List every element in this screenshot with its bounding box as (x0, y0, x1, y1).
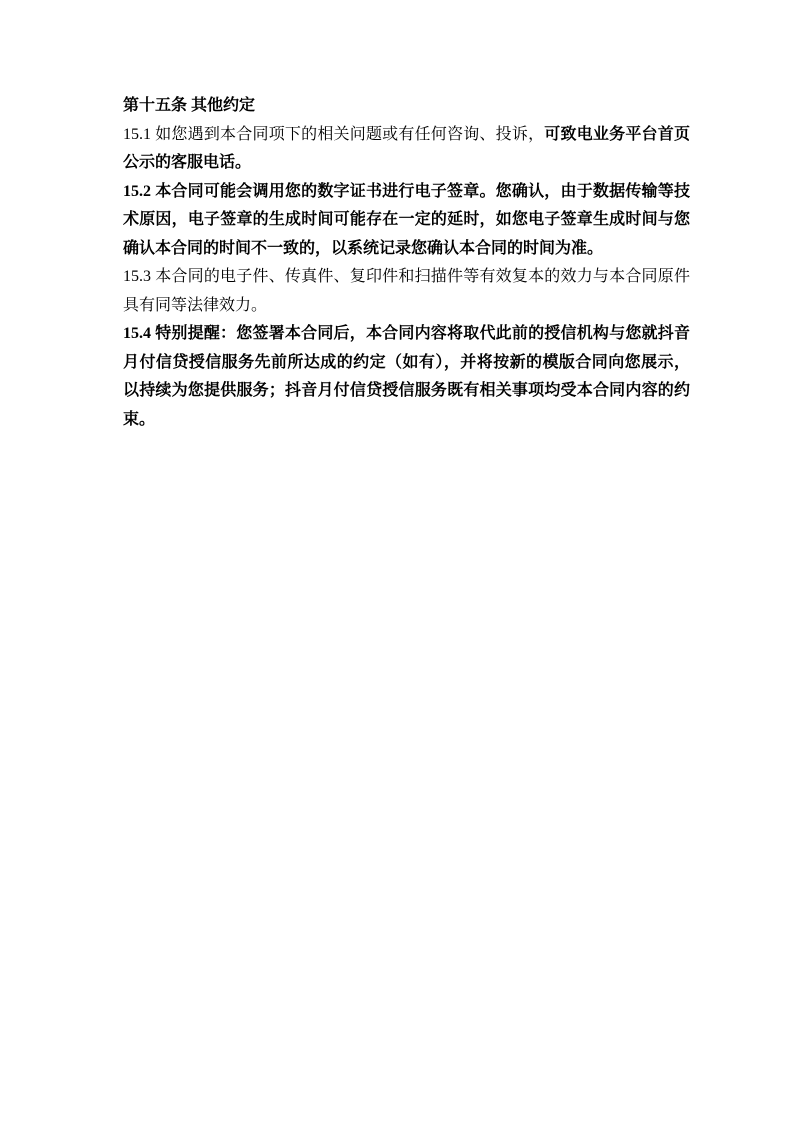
clause-15-3: 15.3 本合同的电子件、传真件、复印件和扫描件等有效复本的效力与本合同原件具有… (123, 263, 690, 320)
contract-text-block: 第十五条 其他约定 15.1 如您遇到本合同项下的相关问题或有任何咨询、投诉，可… (123, 92, 690, 434)
article-heading: 第十五条 其他约定 (123, 92, 690, 121)
clause-15-4-segment-0: 15.4 特别提醒：您签署本合同后，本合同内容将取代此前的授信机构与您就抖音月付… (123, 325, 690, 428)
clause-15-2: 15.2 本合同可能会调用您的数字证书进行电子签章。您确认，由于数据传输等技术原… (123, 178, 690, 264)
clause-15-2-segment-0: 15.2 本合同可能会调用您的数字证书进行电子签章。您确认，由于数据传输等技术原… (123, 183, 690, 257)
contract-document-page: 第十五条 其他约定 15.1 如您遇到本合同项下的相关问题或有任何咨询、投诉，可… (0, 0, 793, 1122)
clause-15-1-segment-0: 15.1 如您遇到本合同项下的相关问题或有任何咨询、投诉， (123, 126, 544, 143)
clause-15-4: 15.4 特别提醒：您签署本合同后，本合同内容将取代此前的授信机构与您就抖音月付… (123, 320, 690, 434)
clause-15-3-segment-0: 15.3 本合同的电子件、传真件、复印件和扫描件等有效复本的效力与本合同原件具有… (123, 268, 690, 314)
clauses-container: 15.1 如您遇到本合同项下的相关问题或有任何咨询、投诉，可致电业务平台首页公示… (123, 121, 690, 435)
clause-15-1: 15.1 如您遇到本合同项下的相关问题或有任何咨询、投诉，可致电业务平台首页公示… (123, 121, 690, 178)
